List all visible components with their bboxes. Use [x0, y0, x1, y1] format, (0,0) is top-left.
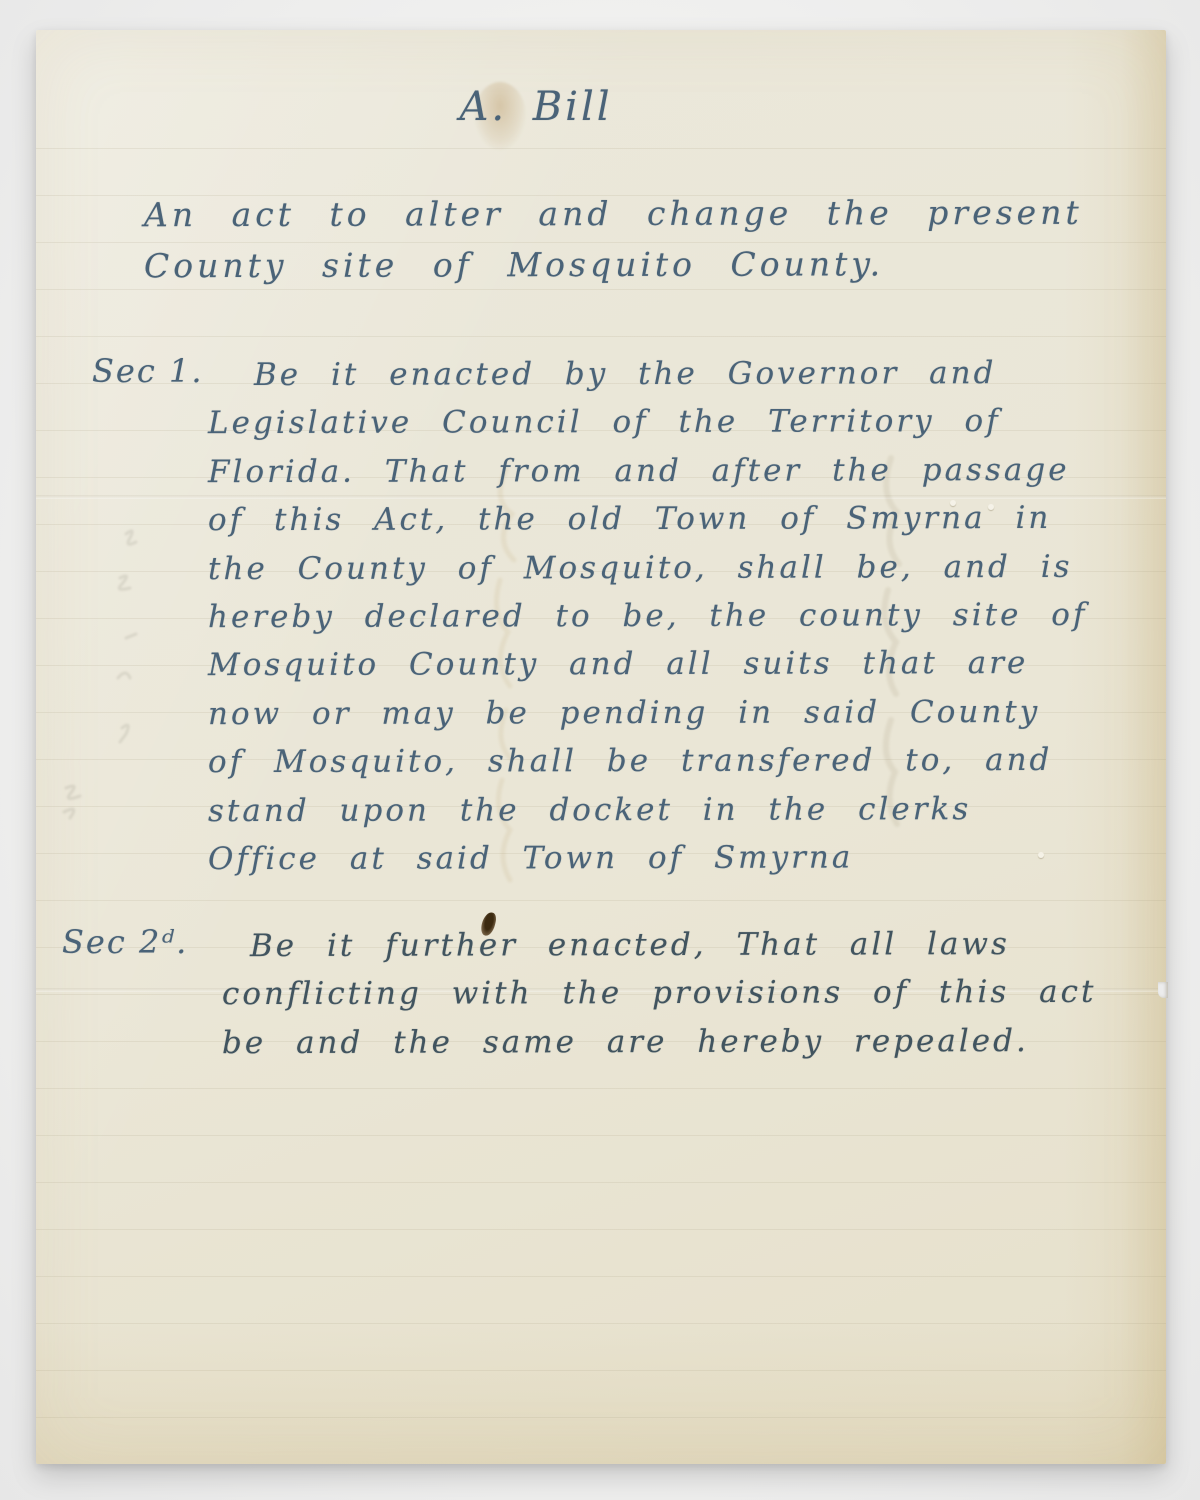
handwritten-line: hereby declared to be, the county site o…: [208, 591, 1088, 642]
margin-ghost-marks: [56, 520, 176, 820]
handwritten-line: Florida. That from and after the passage: [208, 446, 1088, 497]
handwritten-line: Mosquito County and all suits that are: [208, 639, 1088, 690]
handwritten-line: conflicting with the provisions of this …: [222, 968, 1097, 1019]
preamble-line: An act to alter and change the present: [144, 187, 1083, 240]
section-1-body: Be it enacted by the Governor and Legisl…: [208, 350, 1087, 882]
preamble: An act to alter and change the present C…: [144, 188, 1083, 290]
handwritten-line: Be it enacted by the Governor and: [208, 349, 1088, 400]
photo-background: A. Bill An act to alter and change the p…: [0, 0, 1200, 1500]
document-title: A. Bill: [336, 84, 736, 130]
handwritten-line: of Mosquito, shall be transfered to, and: [208, 736, 1088, 787]
handwritten-line: be and the same are hereby repealed.: [222, 1017, 1097, 1068]
handwritten-line: Be it further enacted, That all laws: [222, 920, 1097, 971]
handwritten-line: stand upon the docket in the clerks: [208, 785, 1088, 836]
preamble-line: County site of Mosquito County.: [144, 238, 1083, 291]
section-2-label: Sec 2ᵈ.: [62, 923, 188, 961]
handwritten-line: Office at said Town of Smyrna: [208, 833, 1088, 884]
handwritten-line: now or may be pending in said County: [208, 688, 1088, 739]
fold-notch: [1158, 982, 1168, 998]
document-page: A. Bill An act to alter and change the p…: [36, 30, 1166, 1464]
section-2-body: Be it further enacted, That all laws con…: [222, 921, 1096, 1066]
section-1-label: Sec 1.: [92, 352, 203, 390]
handwritten-line: Legislative Council of the Territory of: [208, 397, 1088, 448]
handwritten-line: of this Act, the old Town of Smyrna in: [208, 494, 1088, 545]
handwritten-line: the County of Mosquito, shall be, and is: [208, 542, 1088, 593]
